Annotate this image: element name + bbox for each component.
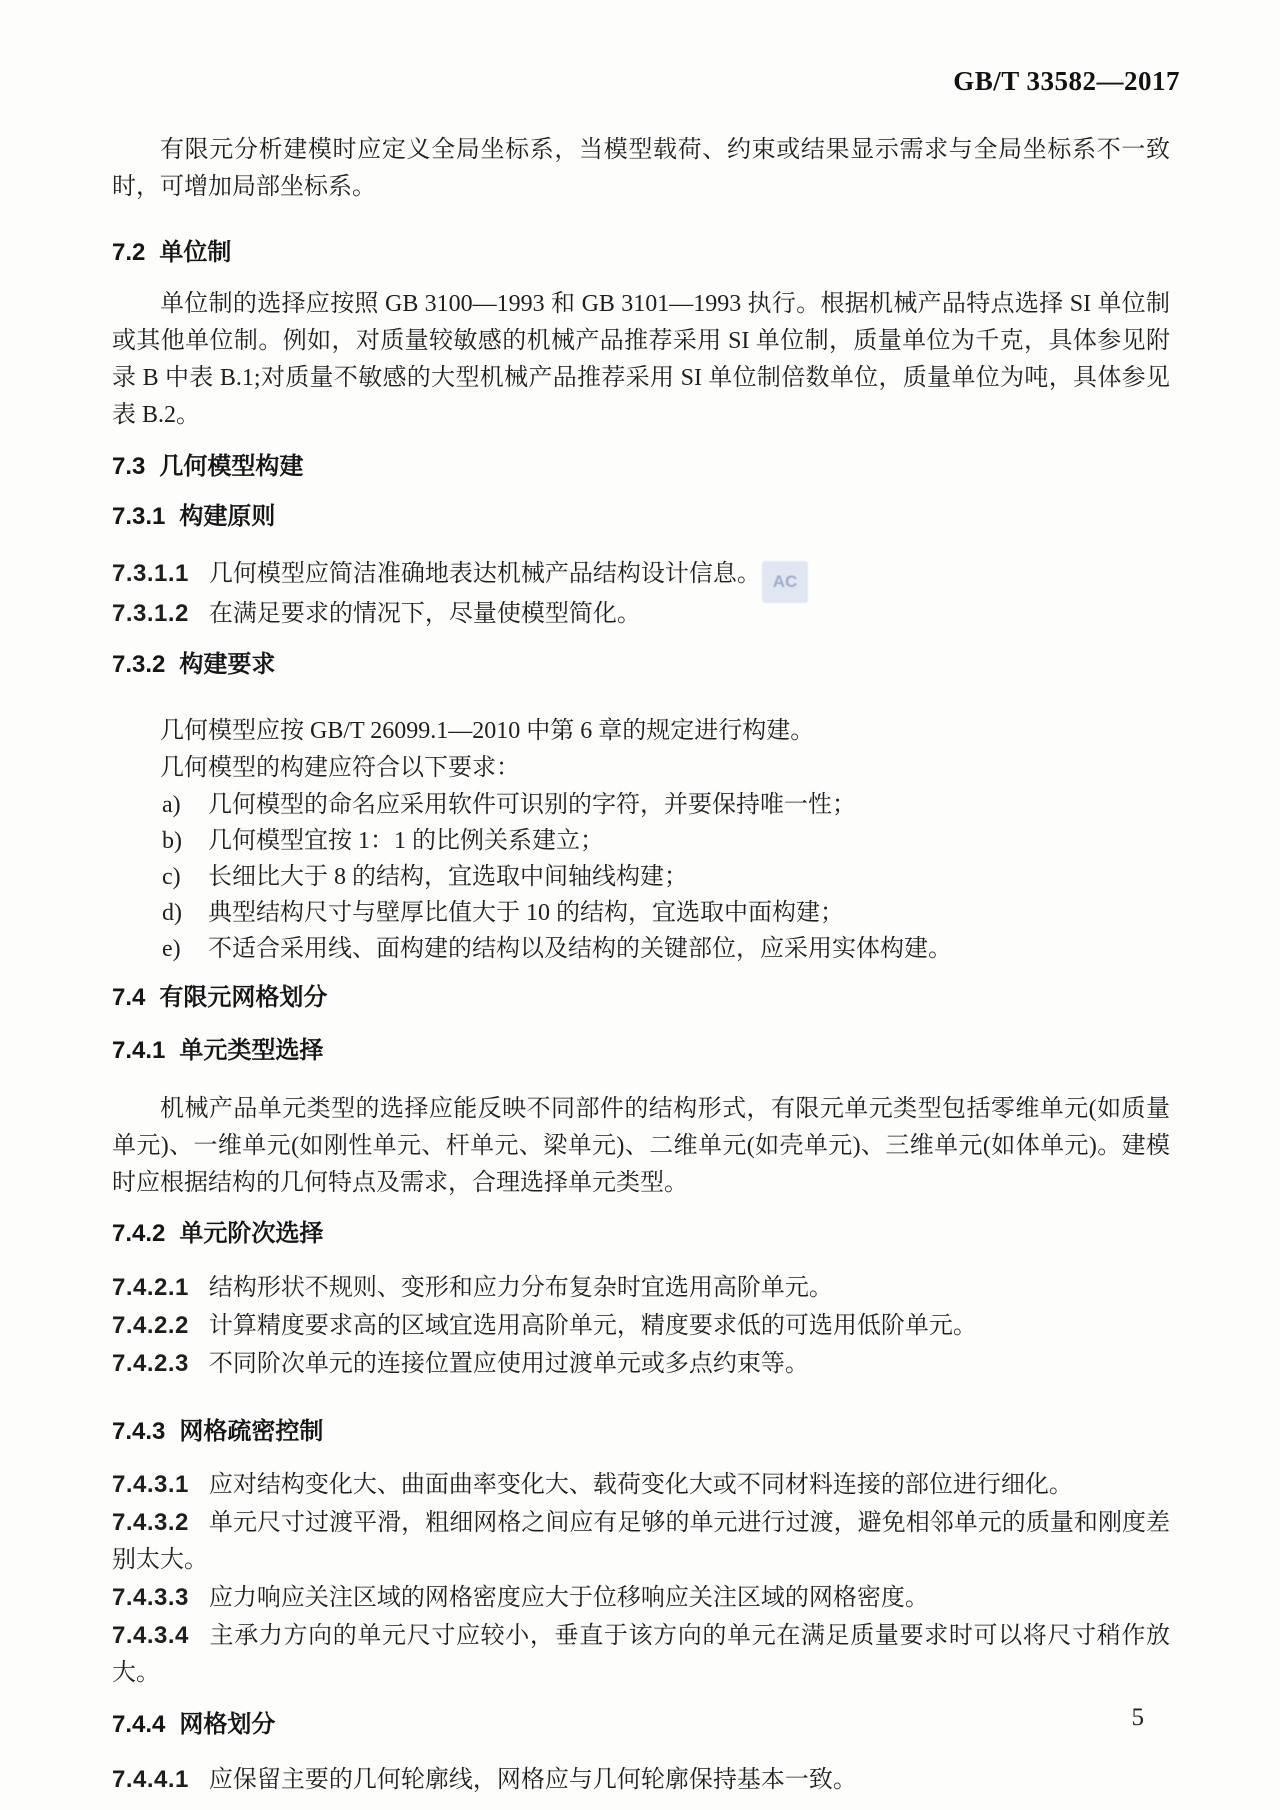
list-item-text: 几何模型的命名应采用软件可识别的字符，并要保持唯一性； [208, 792, 856, 818]
list-marker: d) [162, 895, 208, 931]
clause-text: 结构形状不规则、变形和应力分布复杂时宜选用高阶单元。 [209, 1275, 833, 1301]
list-item-d: d)典型结构尺寸与壁厚比值大于 10 的结构，宜选取中面构建； [112, 895, 1170, 931]
para-build-rule: 几何模型应按 GB/T 26099.1—2010 中第 6 章的规定进行构建。 [112, 713, 1170, 750]
clause-7-3-1-1: 7.3.1.1几何模型应简洁准确地表达机械产品结构设计信息。 [112, 555, 1170, 593]
heading-title: 网格划分 [179, 1711, 275, 1738]
clause-text: 在满足要求的情况下，尽量使模型简化。 [209, 601, 641, 627]
heading-number: 7.3.2 [112, 651, 165, 678]
para-units: 单位制的选择应按照 GB 3100—1993 和 GB 3101—1993 执行… [112, 286, 1170, 434]
clause-number: 7.4.3.2 [112, 1509, 189, 1536]
clause-text: 应力响应关注区域的网格密度应大于位移响应关注区域的网格密度。 [209, 1585, 929, 1611]
list-item-e: e)不适合采用线、面构建的结构以及结构的关键部位，应采用实体构建。 [112, 931, 1170, 967]
clause-number: 7.4.4.1 [112, 1766, 189, 1793]
clause-text: 单元尺寸过渡平滑，粗细网格之间应有足够的单元进行过渡，避免相邻单元的质量和刚度差… [112, 1510, 1170, 1573]
clause-text: 应保留主要的几何轮廓线，网格应与几何轮廓保持基本一致。 [209, 1767, 857, 1793]
heading-7-3: 7.3几何模型构建 [112, 452, 1170, 482]
heading-title: 单元阶次选择 [179, 1220, 323, 1247]
heading-number: 7.4.4 [112, 1711, 165, 1738]
heading-title: 单元类型选择 [179, 1037, 323, 1064]
list-item-text: 不适合采用线、面构建的结构以及结构的关键部位，应采用实体构建。 [208, 936, 952, 962]
heading-number: 7.3.1 [112, 503, 165, 530]
clause-text: 几何模型应简洁准确地表达机械产品结构设计信息。 [209, 561, 761, 587]
heading-title: 单位制 [159, 239, 231, 266]
list-item-b: b)几何模型宜按 1：1 的比例关系建立； [112, 823, 1170, 859]
heading-7-4-2: 7.4.2单元阶次选择 [112, 1219, 1170, 1249]
para-global-coords: 有限元分析建模时应定义全局坐标系，当模型载荷、约束或结果显示需求与全局坐标系不一… [112, 132, 1170, 206]
list-marker: a) [162, 787, 208, 823]
heading-number: 7.2 [112, 239, 145, 266]
clause-number: 7.4.2.2 [112, 1312, 189, 1339]
heading-title: 构建原则 [179, 503, 275, 530]
clause-7-4-3-1: 7.4.3.1应对结构变化大、曲面曲率变化大、载荷变化大或不同材料连接的部位进行… [112, 1466, 1170, 1504]
clause-7-4-2-1: 7.4.2.1结构形状不规则、变形和应力分布复杂时宜选用高阶单元。 [112, 1269, 1170, 1307]
clause-number: 7.4.2.1 [112, 1274, 189, 1301]
clause-7-4-2-3: 7.4.2.3不同阶次单元的连接位置应使用过渡单元或多点约束等。 [112, 1345, 1170, 1383]
list-item-c: c)长细比大于 8 的结构，宜选取中间轴线构建； [112, 859, 1170, 895]
heading-7-3-2: 7.3.2构建要求 [112, 650, 1170, 680]
build-requirements-list: a)几何模型的命名应采用软件可识别的字符，并要保持唯一性； b)几何模型宜按 1… [112, 787, 1170, 967]
heading-title: 网格疏密控制 [179, 1418, 323, 1445]
clause-7-4-3-3: 7.4.3.3应力响应关注区域的网格密度应大于位移响应关注区域的网格密度。 [112, 1579, 1170, 1617]
clause-number: 7.4.3.3 [112, 1584, 189, 1611]
heading-title: 几何模型构建 [159, 453, 303, 480]
heading-7-4-4: 7.4.4网格划分 [112, 1710, 1170, 1740]
clause-7-4-2-2: 7.4.2.2计算精度要求高的区域宜选用高阶单元，精度要求低的可选用低阶单元。 [112, 1307, 1170, 1345]
heading-number: 7.4.2 [112, 1220, 165, 1247]
heading-title: 有限元网格划分 [159, 984, 327, 1011]
list-item-text: 典型结构尺寸与壁厚比值大于 10 的结构，宜选取中面构建； [208, 900, 844, 926]
list-item-a: a)几何模型的命名应采用软件可识别的字符，并要保持唯一性； [112, 787, 1170, 823]
clause-text: 不同阶次单元的连接位置应使用过渡单元或多点约束等。 [209, 1351, 809, 1377]
clause-7-4-3-2: 7.4.3.2单元尺寸过渡平滑，粗细网格之间应有足够的单元进行过渡，避免相邻单元… [112, 1504, 1170, 1579]
list-item-text: 几何模型宜按 1：1 的比例关系建立； [208, 828, 604, 854]
para-element-type: 机械产品单元类型的选择应能反映不同部件的结构形式，有限元单元类型包括零维单元(如… [112, 1091, 1170, 1202]
list-item-text: 长细比大于 8 的结构，宜选取中间轴线构建； [208, 864, 688, 890]
para-build-req-intro: 几何模型的构建应符合以下要求： [112, 750, 1170, 787]
page-number: 5 [1132, 1704, 1145, 1732]
clause-text: 计算精度要求高的区域宜选用高阶单元，精度要求低的可选用低阶单元。 [209, 1313, 977, 1339]
heading-number: 7.4 [112, 984, 145, 1011]
heading-title: 构建要求 [179, 651, 275, 678]
list-marker: b) [162, 823, 208, 859]
page-body: 有限元分析建模时应定义全局坐标系，当模型载荷、约束或结果显示需求与全局坐标系不一… [112, 0, 1170, 1799]
clause-text: 主承力方向的单元尺寸应较小，垂直于该方向的单元在满足质量要求时可以将尺寸稍作放大… [112, 1623, 1170, 1686]
clause-number: 7.4.3.1 [112, 1471, 189, 1498]
heading-7-4-1: 7.4.1单元类型选择 [112, 1036, 1170, 1066]
heading-number: 7.4.1 [112, 1037, 165, 1064]
clause-number: 7.3.1.2 [112, 600, 189, 627]
document-page: GB/T 33582—2017 AC 有限元分析建模时应定义全局坐标系，当模型载… [0, 0, 1280, 1810]
heading-7-2: 7.2单位制 [112, 238, 1170, 268]
list-marker: e) [162, 931, 208, 967]
clause-7-4-3-4: 7.4.3.4主承力方向的单元尺寸应较小，垂直于该方向的单元在满足质量要求时可以… [112, 1617, 1170, 1692]
list-marker: c) [162, 859, 208, 895]
clause-number: 7.4.2.3 [112, 1350, 189, 1377]
clause-text: 应对结构变化大、曲面曲率变化大、载荷变化大或不同材料连接的部位进行细化。 [209, 1472, 1073, 1498]
clause-number: 7.3.1.1 [112, 560, 189, 587]
heading-7-4: 7.4有限元网格划分 [112, 983, 1170, 1013]
heading-7-4-3: 7.4.3网格疏密控制 [112, 1417, 1170, 1447]
clause-7-4-4-1: 7.4.4.1应保留主要的几何轮廓线，网格应与几何轮廓保持基本一致。 [112, 1761, 1170, 1799]
heading-number: 7.3 [112, 453, 145, 480]
heading-7-3-1: 7.3.1构建原则 [112, 502, 1170, 532]
clause-number: 7.4.3.4 [112, 1622, 189, 1649]
heading-number: 7.4.3 [112, 1418, 165, 1445]
clause-7-3-1-2: 7.3.1.2在满足要求的情况下，尽量使模型简化。 [112, 595, 1170, 633]
